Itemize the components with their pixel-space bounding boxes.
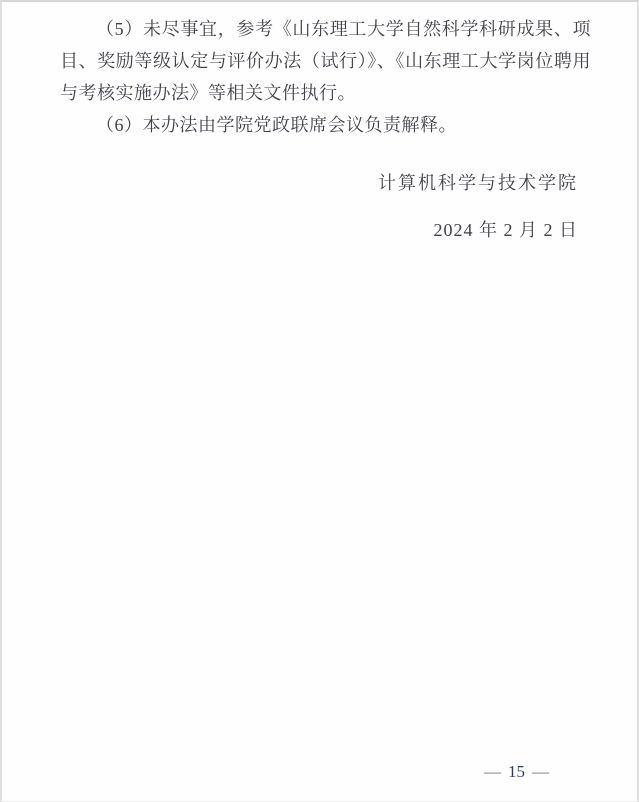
paragraph-item-6: （6）本办法由学院党政联席会议负责解释。 — [60, 109, 591, 141]
document-page: （5）未尽事宜，参考《山东理工大学自然科学科研成果、项目、奖励等级认定与评价办法… — [0, 0, 639, 802]
page-footer: —15— — [484, 763, 549, 781]
paragraph-item-5: （5）未尽事宜，参考《山东理工大学自然科学科研成果、项目、奖励等级认定与评价办法… — [60, 13, 591, 109]
signature-date: 2024 年 2 月 2 日 — [2, 214, 578, 246]
signature-block: 计算机科学与技术学院 2024 年 2 月 2 日 — [2, 167, 637, 246]
footer-dash-left: — — [484, 762, 501, 781]
signature-organization: 计算机科学与技术学院 — [2, 167, 578, 199]
footer-dash-right: — — [532, 762, 549, 781]
page-number: 15 — [508, 762, 525, 781]
document-body: （5）未尽事宜，参考《山东理工大学自然科学科研成果、项目、奖励等级认定与评价办法… — [2, 2, 637, 141]
